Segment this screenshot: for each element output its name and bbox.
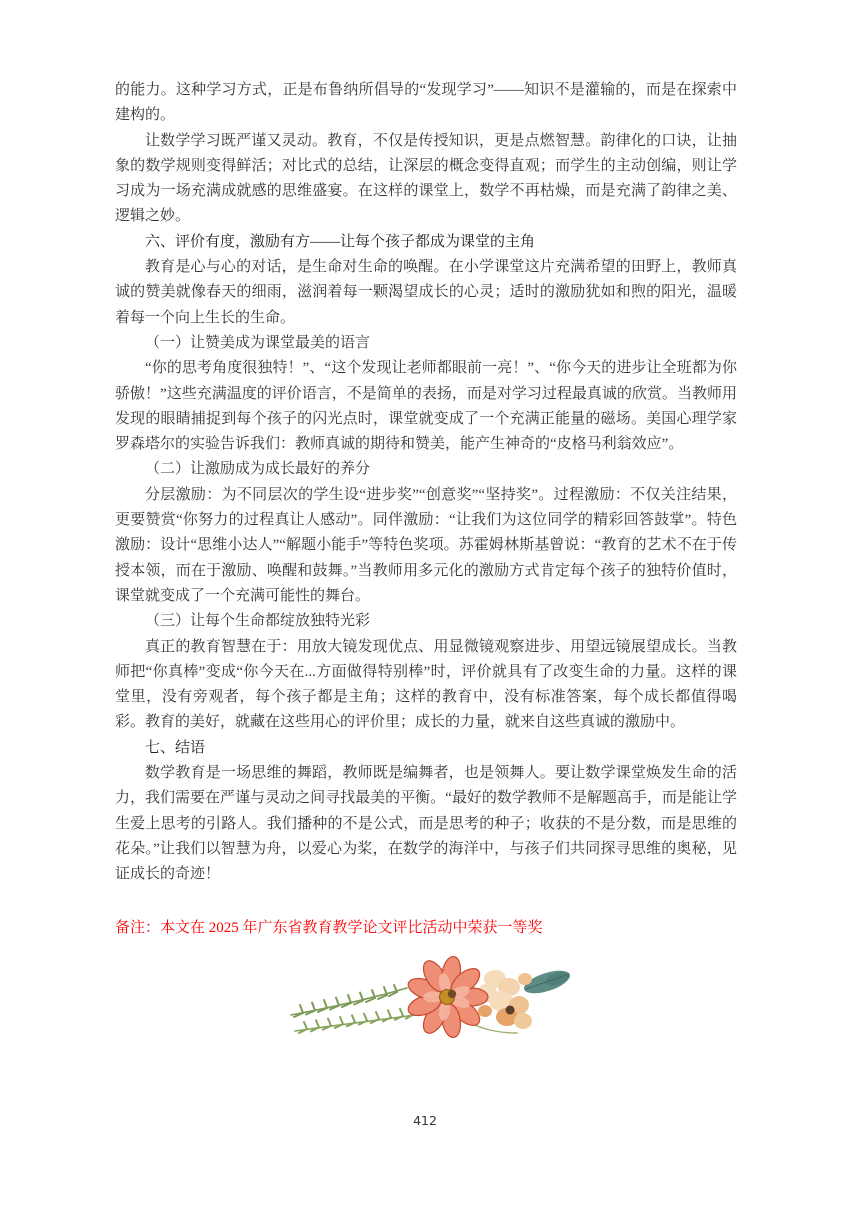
main-flower bbox=[405, 955, 488, 1039]
document-body: 的能力。这种学习方式，正是布鲁纳所倡导的“发现学习”——知识不是灌输的，而是在探… bbox=[115, 78, 737, 1050]
paragraph: 让数学学习既严谨又灵动。教育，不仅是传授知识，更是点燃智慧。韵律化的口诀，让抽象… bbox=[115, 129, 737, 230]
paragraph: 分层激励：为不同层次的学生设“进步奖”“创意奖”“坚持奖”。过程激励：不仅关注结… bbox=[115, 483, 737, 609]
flower-decoration bbox=[115, 955, 737, 1050]
paragraph: “你的思考角度很独特！”、“这个发现让老师都眼前一亮！”、“你今天的进步让全班都… bbox=[115, 356, 737, 457]
document-page: 的能力。这种学习方式，正是布鲁纳所倡导的“发现学习”——知识不是灌输的，而是在探… bbox=[0, 0, 850, 1205]
paragraph: 真正的教育智慧在于：用放大镜发现优点、用显微镜观察进步、用望远镜展望成长。当教师… bbox=[115, 635, 737, 736]
subheading-three: （三）让每个生命都绽放独特光彩 bbox=[115, 609, 737, 634]
paragraph-continuation: 的能力。这种学习方式，正是布鲁纳所倡导的“发现学习”——知识不是灌输的，而是在探… bbox=[115, 78, 737, 129]
watercolor-flower-image bbox=[289, 955, 589, 1050]
page-number: 412 bbox=[0, 1113, 850, 1128]
paragraph: 数学教育是一场思维的舞蹈，教师既是编舞者，也是领舞人。要让数学课堂焕发生命的活力… bbox=[115, 761, 737, 887]
subheading-one: （一）让赞美成为课堂最美的语言 bbox=[115, 331, 737, 356]
paragraph: 教育是心与心的对话，是生命对生命的唤醒。在小学课堂这片充满希望的田野上，教师真诚… bbox=[115, 255, 737, 331]
section-heading-six: 六、评价有度，激励有方——让每个孩子都成为课堂的主角 bbox=[115, 230, 737, 255]
award-note: 备注：本文在 2025 年广东省教育教学论文评比活动中荣获一等奖 bbox=[115, 916, 737, 941]
subheading-two: （二）让激励成为成长最好的养分 bbox=[115, 457, 737, 482]
section-heading-seven: 七、结语 bbox=[115, 736, 737, 761]
